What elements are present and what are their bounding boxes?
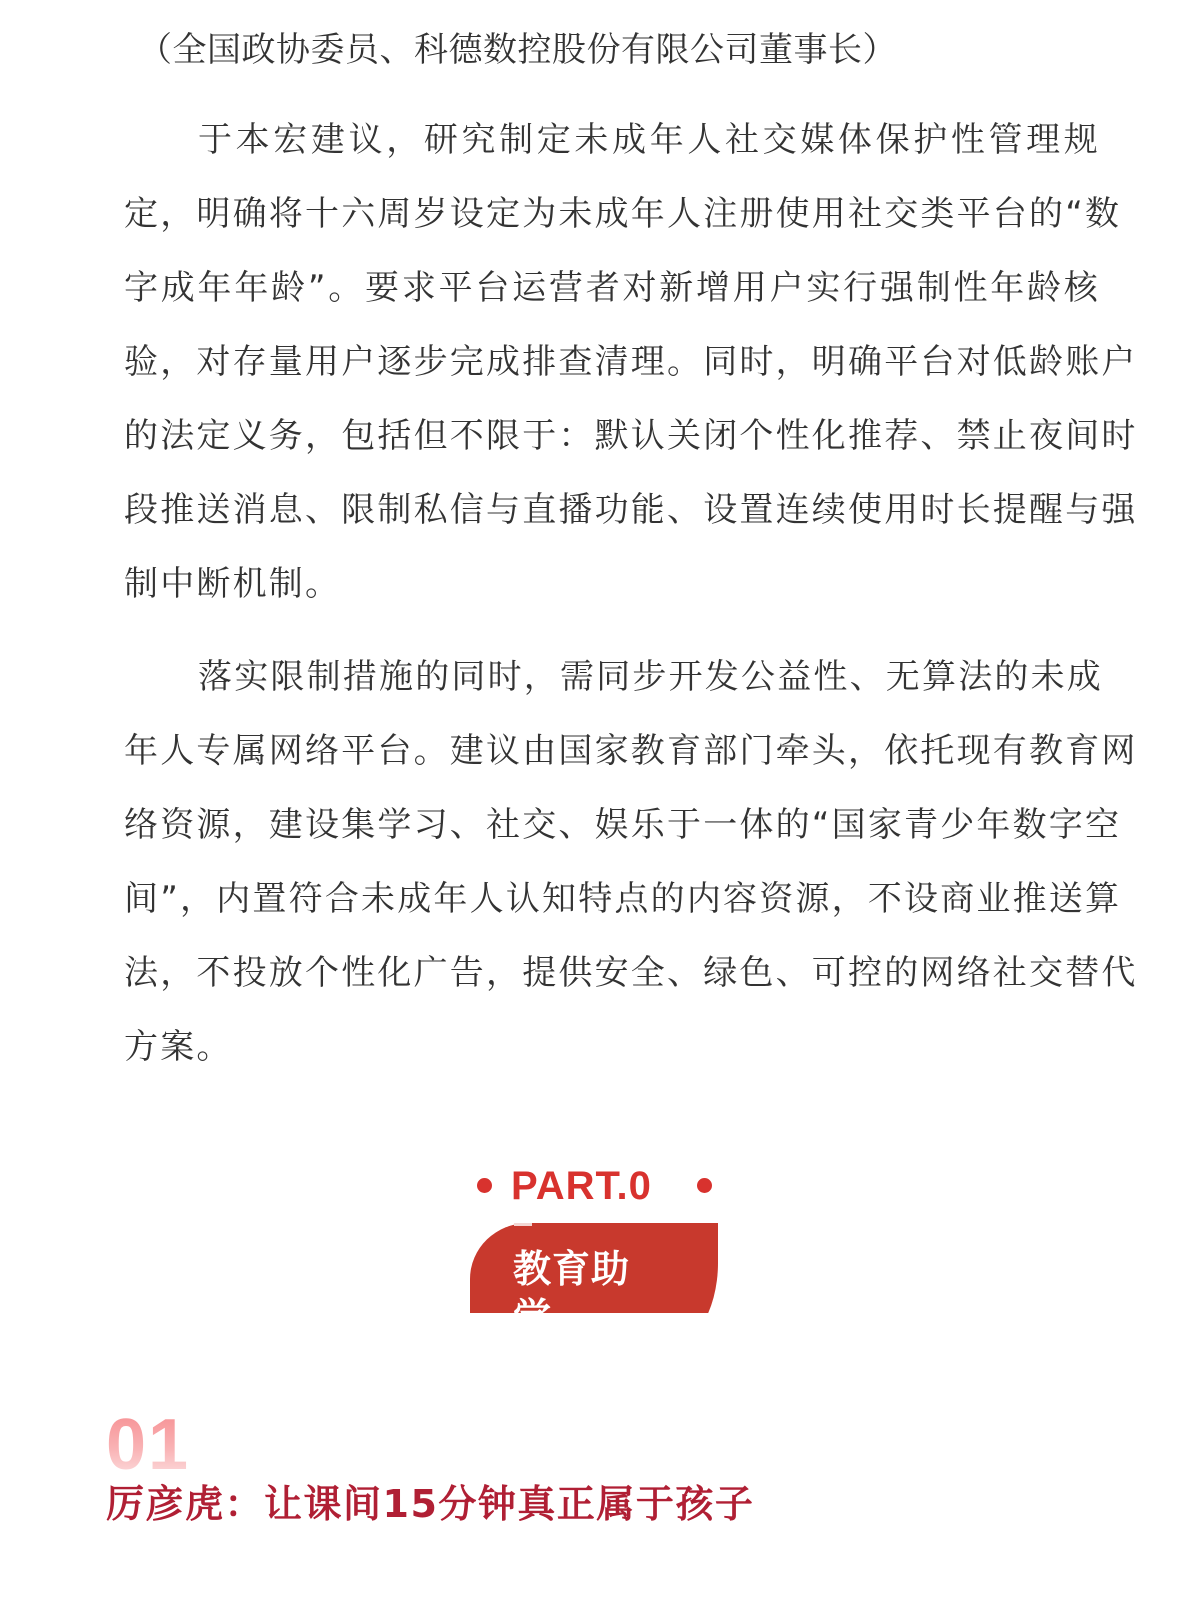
author-byline: （全国政协委员、科德数控股份有限公司董事长） bbox=[138, 26, 897, 74]
paragraph-line: 定，明确将十六周岁设定为未成年人注册使用社交类平台的“数 bbox=[124, 177, 1100, 251]
paragraph-line: 制中断机制。 bbox=[124, 547, 1100, 621]
paragraph-line: 法，不投放个性化广告，提供安全、绿色、可控的网络社交替代 bbox=[124, 936, 1100, 1010]
dot-icon bbox=[477, 1178, 492, 1193]
paragraph-line: 络资源，建设集学习、社交、娱乐于一体的“国家青少年数字空 bbox=[124, 788, 1100, 862]
section-title: 教育助学 bbox=[513, 1245, 643, 1313]
article-number: 01 bbox=[106, 1405, 190, 1485]
paragraph-line: 间”，内置符合未成年人认知特点的内容资源，不设商业推送算 bbox=[124, 862, 1100, 936]
body-paragraph-2: 落实限制措施的同时，需同步开发公益性、无算法的未成 年人专属网络平台。建议由国家… bbox=[124, 640, 1100, 1084]
paragraph-line: 段推送消息、限制私信与直播功能、设置连续使用时长提醒与强 bbox=[124, 473, 1100, 547]
dot-icon bbox=[697, 1178, 712, 1193]
paragraph-line: 于本宏建议，研究制定未成年人社交媒体保护性管理规 bbox=[124, 103, 1100, 177]
badge-tick-decoration bbox=[514, 1223, 532, 1226]
paragraph-line: 方案。 bbox=[124, 1010, 1100, 1084]
section-part-header: PART.0 bbox=[470, 1160, 730, 1212]
body-paragraph-1: 于本宏建议，研究制定未成年人社交媒体保护性管理规 定，明确将十六周岁设定为未成年… bbox=[124, 103, 1100, 621]
part-label: PART.0 bbox=[511, 1160, 652, 1212]
article-title: 厉彦虎：让课间15分钟真正属于孩子 bbox=[106, 1478, 754, 1530]
paragraph-line: 验，对存量用户逐步完成排查清理。同时，明确平台对低龄账户 bbox=[124, 325, 1100, 399]
paragraph-line: 的法定义务，包括但不限于：默认关闭个性化推荐、禁止夜间时 bbox=[124, 399, 1100, 473]
paragraph-line: 落实限制措施的同时，需同步开发公益性、无算法的未成 bbox=[124, 640, 1100, 714]
paragraph-line: 字成年年龄”。要求平台运营者对新增用户实行强制性年龄核 bbox=[124, 251, 1100, 325]
paragraph-line: 年人专属网络平台。建议由国家教育部门牵头，依托现有教育网 bbox=[124, 714, 1100, 788]
badge-shape: 教育助学 bbox=[470, 1223, 718, 1313]
section-badge: 教育助学 bbox=[470, 1223, 720, 1313]
